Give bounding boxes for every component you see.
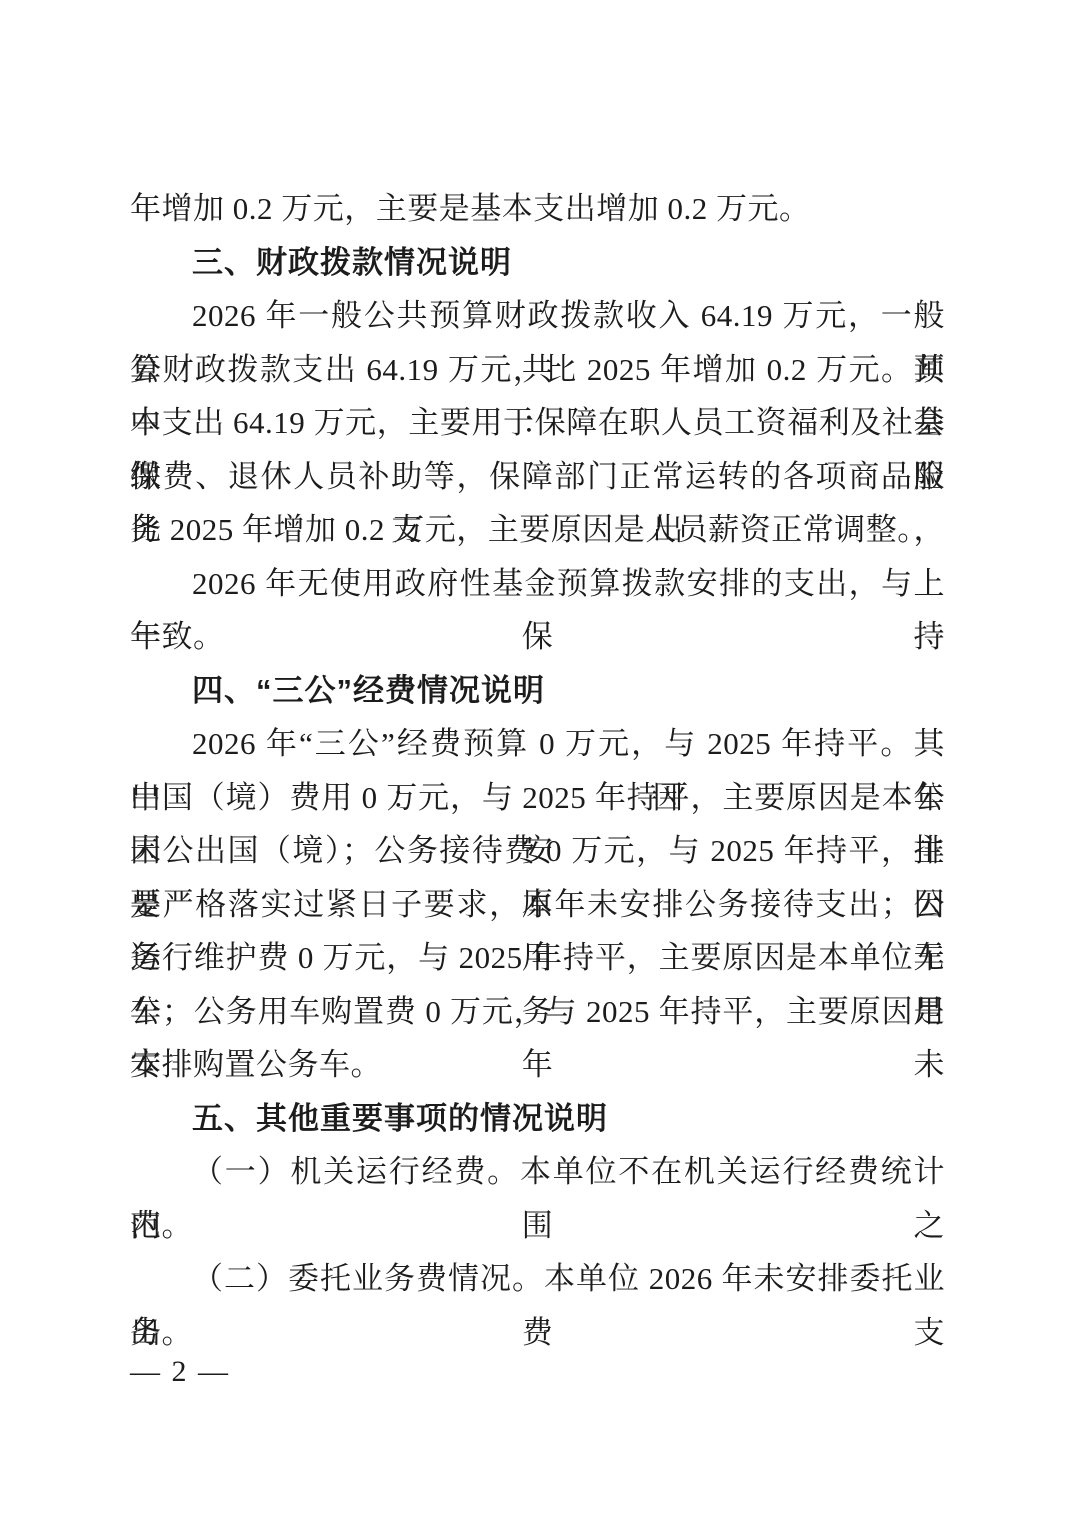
body-line: 车；公务用车购置费 0 万元，与 2025 年持平，主要原因是本年未 [130, 985, 945, 1039]
heading-section-3: 三、财政拨款情况说明 [130, 236, 945, 290]
body-line: 年增加 0.2 万元，主要是基本支出增加 0.2 万元。 [130, 182, 945, 236]
document-body: 年增加 0.2 万元，主要是基本支出增加 0.2 万元。 三、财政拨款情况说明 … [130, 182, 945, 1359]
body-line: 缴费、退休人员补助等，保障部门正常运转的各项商品服务支出， [130, 450, 945, 504]
body-line: （二）委托业务费情况。本单位 2026 年未安排委托业务费支 [130, 1252, 945, 1306]
document-page: 年增加 0.2 万元，主要是基本支出增加 0.2 万元。 三、财政拨款情况说明 … [0, 0, 1074, 1520]
body-line: （一）机关运行经费。本单位不在机关运行经费统计范围之 [130, 1145, 945, 1199]
body-line: 比 2025 年增加 0.2 万元，主要原因是人员薪资正常调整。 [130, 503, 945, 557]
body-line: 运行维护费 0 万元，与 2025 年持平，主要原因是本单位无公务用 [130, 931, 945, 985]
heading-section-5: 五、其他重要事项的情况说明 [130, 1092, 945, 1146]
body-line: 2026 年一般公共预算财政拨款收入 64.19 万元，一般公共预 [130, 289, 945, 343]
body-line: 算财政拨款支出 64.19 万元，比 2025 年增加 0.2 万元。其中：基 [130, 343, 945, 397]
page-number: — 2 — [130, 1352, 230, 1392]
body-line: 2026 年无使用政府性基金预算拨款安排的支出，与上年保持 [130, 557, 945, 611]
body-line: 2026 年“三公”经费预算 0 万元，与 2025 年持平。其中：因公 [130, 717, 945, 771]
heading-section-4: 四、“三公”经费情况说明 [130, 664, 945, 718]
body-line: 是严格落实过紧日子要求，本年未安排公务接待支出；公务用车 [130, 878, 945, 932]
body-line: 本支出 64.19 万元，主要用于保障在职人员工资福利及社会保险 [130, 396, 945, 450]
body-line: 出国（境）费用 0 万元，与 2025 年持平，主要原因是本年未安排 [130, 771, 945, 825]
body-line: 因公出国（境）；公务接待费 0 万元，与 2025 年持平，主要原因 [130, 824, 945, 878]
